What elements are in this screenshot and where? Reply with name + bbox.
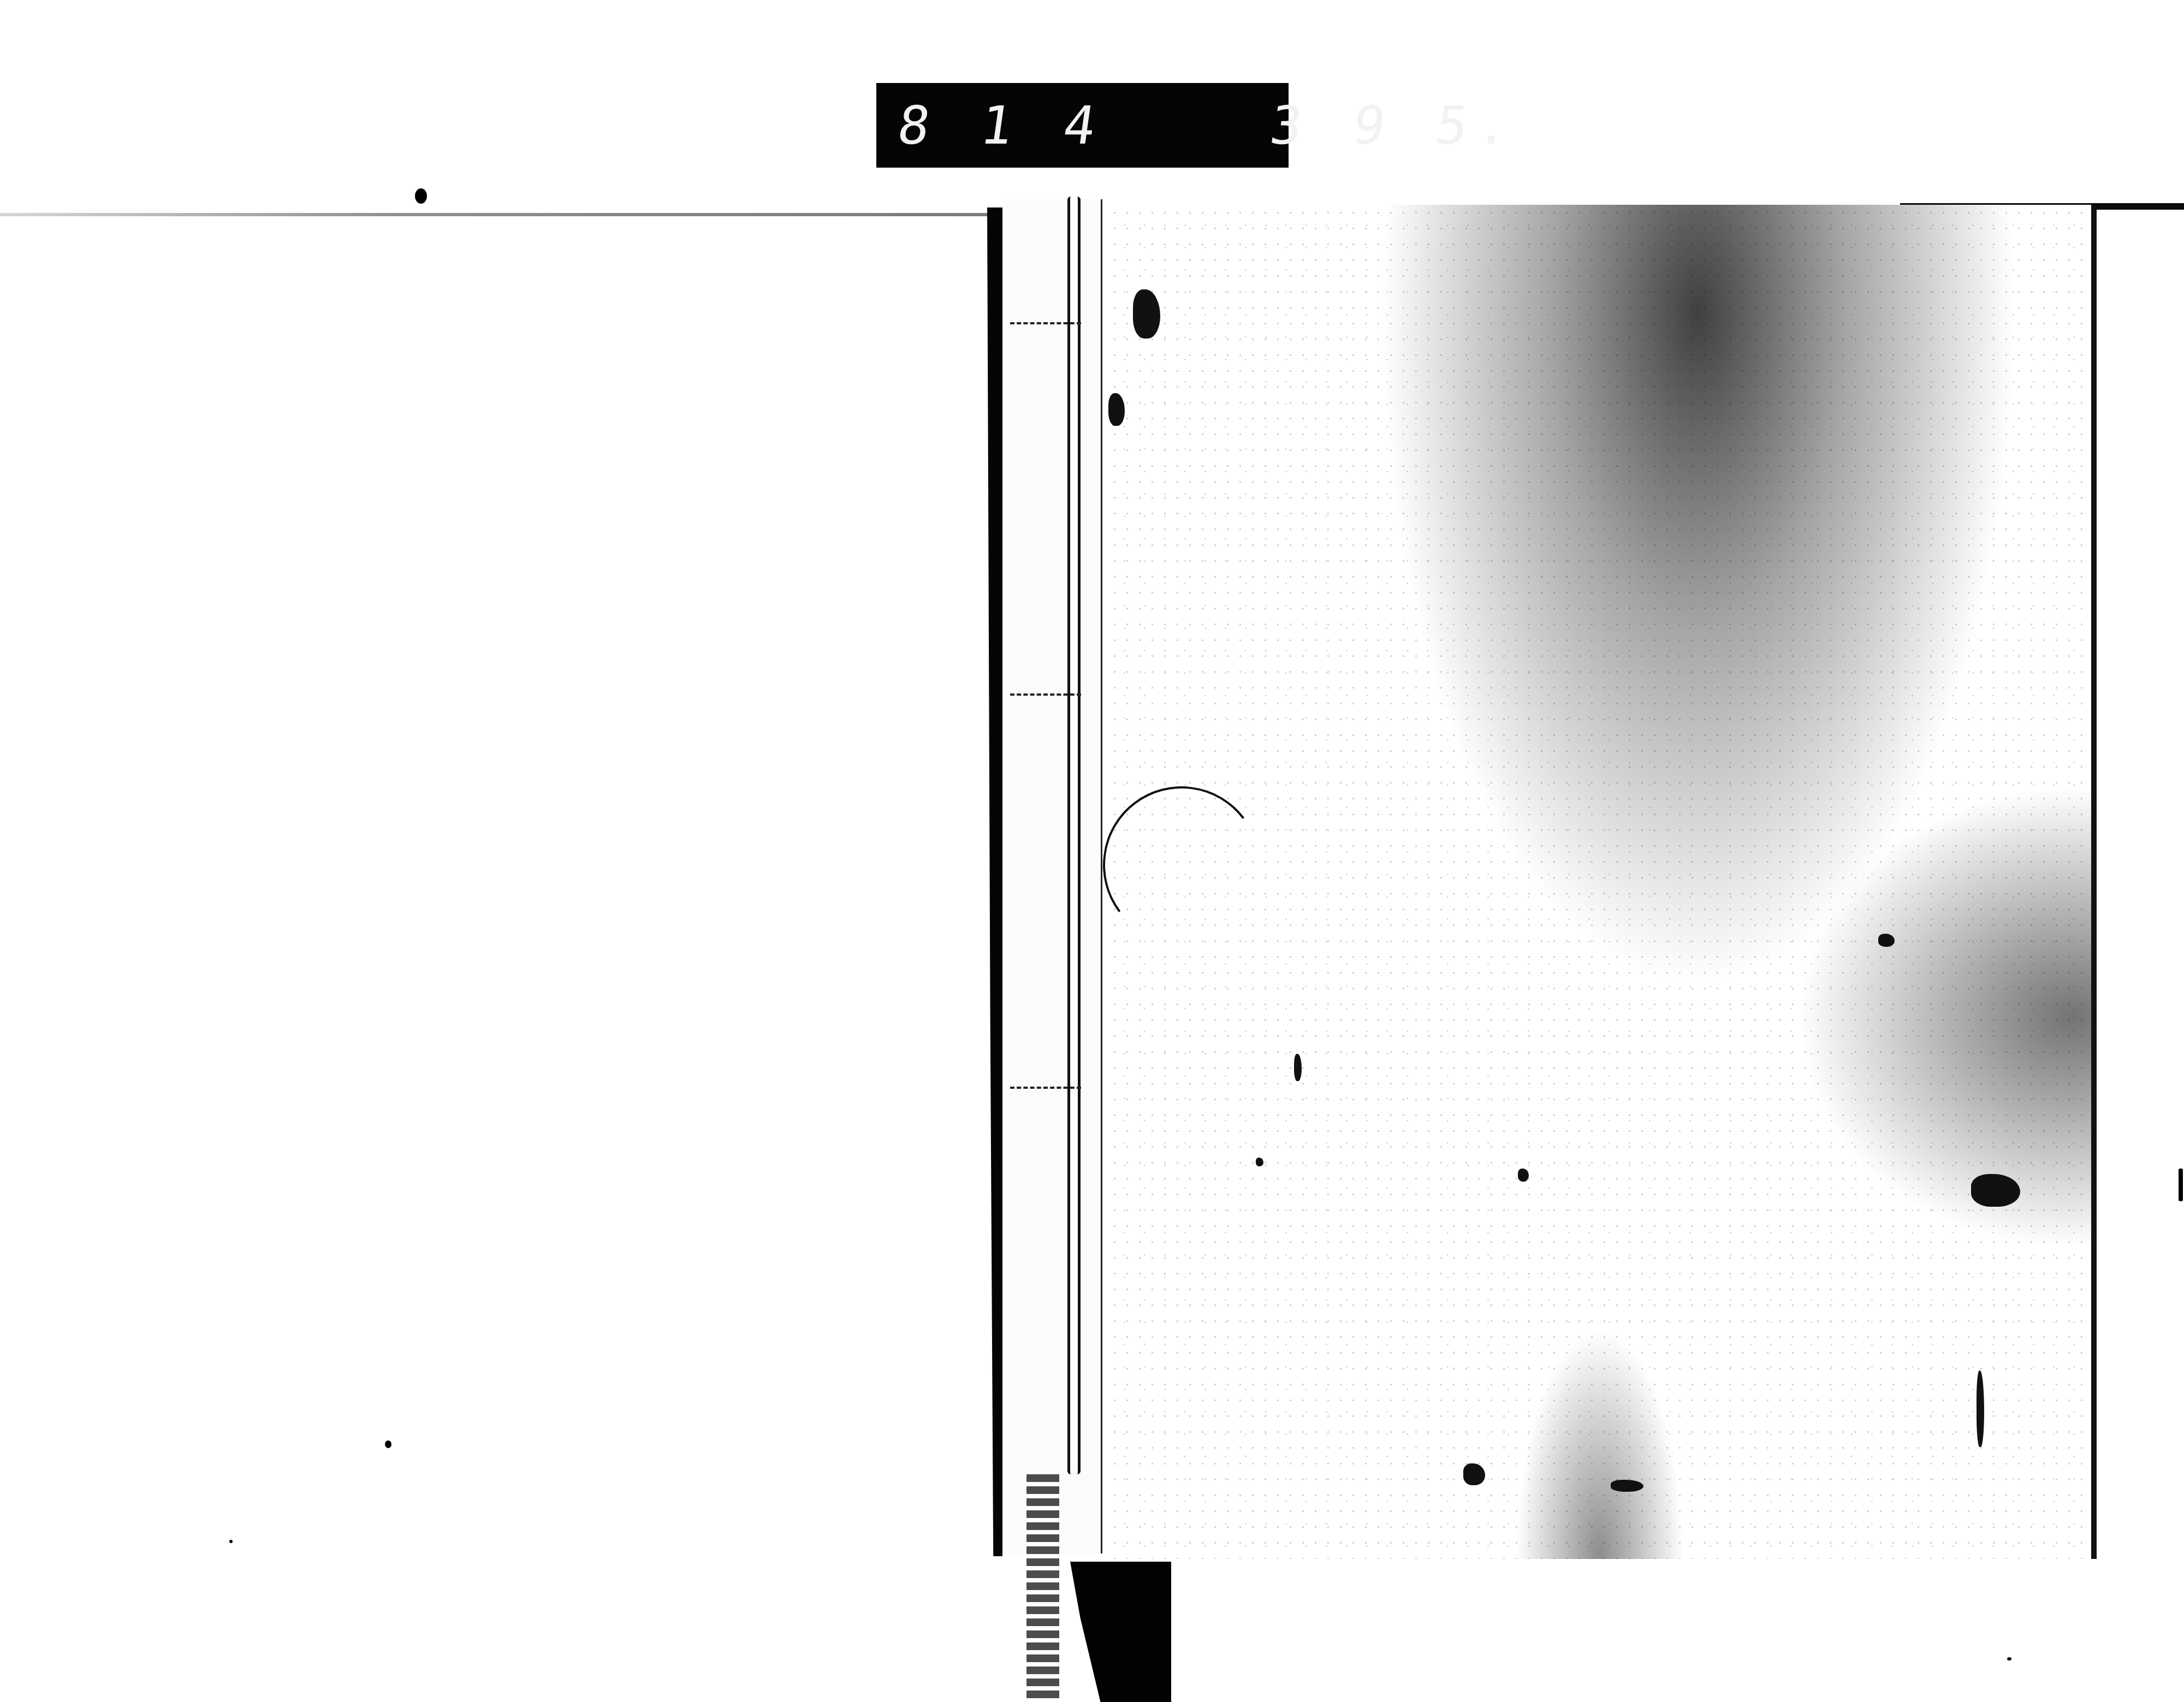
stain — [1611, 1480, 1643, 1492]
dust-speck — [229, 1540, 233, 1543]
binding-stitch — [1010, 1087, 1081, 1089]
microfilm-frame: 8 1 4 3 9 5. — [0, 0, 2184, 1702]
book-spine — [1002, 199, 1102, 1553]
spine-fold — [1067, 197, 1081, 1474]
page-edge-line — [0, 213, 994, 216]
stain — [1878, 934, 1895, 947]
dust-speck — [385, 1440, 391, 1448]
binding-stitch — [1010, 693, 1081, 696]
book-clamp — [1070, 1562, 1171, 1702]
dust-speck — [2007, 1657, 2011, 1661]
dust-speck — [415, 188, 427, 204]
frame-counter-label: 8 1 4 3 9 5. — [876, 83, 1289, 168]
binding-stitch — [1010, 322, 1081, 324]
dust-speck — [2179, 1169, 2183, 1201]
stain — [1256, 1158, 1263, 1166]
stain — [1463, 1463, 1485, 1485]
frame-counter-digits: 8 1 4 3 9 5. — [894, 95, 1523, 156]
spine-shadow — [987, 207, 1002, 1556]
stain — [1518, 1169, 1529, 1182]
stain — [1294, 1054, 1302, 1081]
spine-edge-bottom — [1026, 1474, 1059, 1702]
